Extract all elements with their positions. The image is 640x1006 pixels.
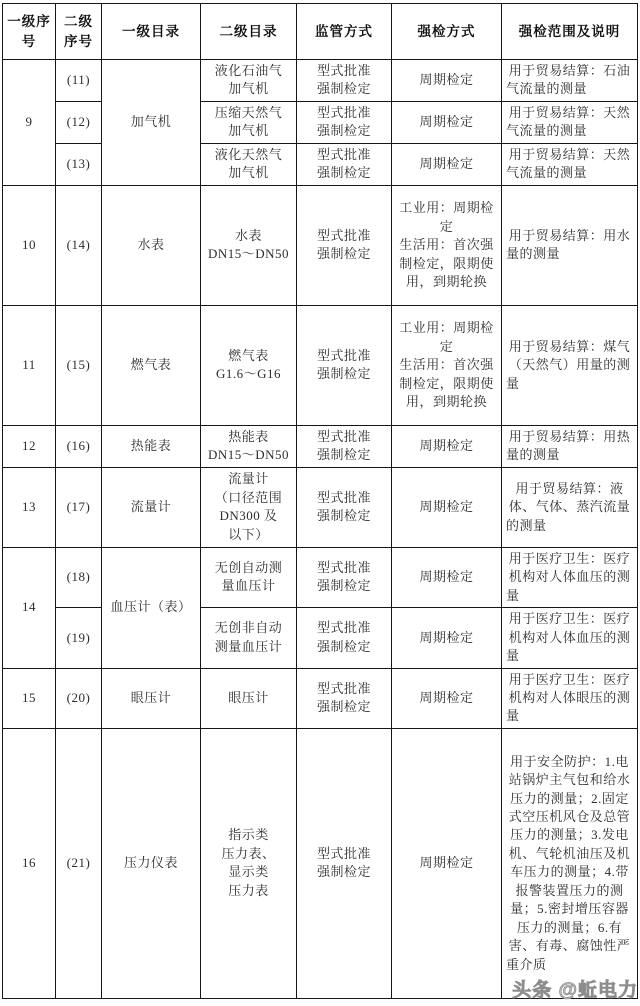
cell-scope: 用于贸易结算：煤气（天然气）用量的测量 bbox=[502, 305, 638, 425]
cell-level2-no: (18) bbox=[56, 547, 102, 607]
cell-level1-no: 10 bbox=[3, 185, 56, 305]
page: 一级序号 二级序号 一级目录 二级目录 监管方式 强检方式 强检范围及说明 9 … bbox=[0, 0, 640, 1006]
cell-level1-catalog: 流量计 bbox=[102, 467, 201, 547]
cell-regulation-mode: 型式批准 强制检定 bbox=[297, 143, 392, 185]
cell-level2-no: (16) bbox=[56, 425, 102, 467]
cell-scope: 用于医疗卫生：医疗机构对人体血压的测量 bbox=[502, 608, 638, 668]
cell-level2-catalog: 液化天然气 加气机 bbox=[201, 143, 297, 185]
cell-scope: 用于贸易结算：用热量的测量 bbox=[502, 425, 638, 467]
cell-verification-mode: 周期检定 bbox=[392, 547, 502, 607]
cell-scope: 用于贸易结算：石油气流量的测量 bbox=[502, 60, 638, 102]
table-row: 12 (16) 热能表 热能表 DN15～DN50 型式批准 强制检定 周期检定… bbox=[3, 425, 638, 467]
cell-level2-catalog: 热能表 DN15～DN50 bbox=[201, 425, 297, 467]
table-row: (19) 无创非自动 测量血压计 型式批准 强制检定 周期检定 用于医疗卫生：医… bbox=[3, 608, 638, 668]
header-verification-mode: 强检方式 bbox=[392, 4, 502, 60]
cell-verification-mode: 周期检定 bbox=[392, 668, 502, 728]
cell-regulation-mode: 型式批准 强制检定 bbox=[297, 728, 392, 998]
table-row: 16 (21) 压力仪表 指示类 压力表、 显示类 压力表 型式批准 强制检定 … bbox=[3, 728, 638, 998]
cell-verification-mode: 工业用：周期检定 生活用：首次强制检定，限期使用，到期轮换 bbox=[392, 305, 502, 425]
header-scope: 强检范围及说明 bbox=[502, 4, 638, 60]
cell-level1-no: 15 bbox=[3, 668, 56, 728]
cell-regulation-mode: 型式批准 强制检定 bbox=[297, 305, 392, 425]
cell-verification-mode: 周期检定 bbox=[392, 101, 502, 143]
cell-level1-catalog: 燃气表 bbox=[102, 305, 201, 425]
cell-level2-catalog: 指示类 压力表、 显示类 压力表 bbox=[201, 728, 297, 998]
table-row: (13) 液化天然气 加气机 型式批准 强制检定 周期检定 用于贸易结算：天然气… bbox=[3, 143, 638, 185]
cell-level2-no: (19) bbox=[56, 608, 102, 668]
cell-verification-mode: 周期检定 bbox=[392, 728, 502, 998]
cell-level2-no: (12) bbox=[56, 101, 102, 143]
cell-level1-no: 11 bbox=[3, 305, 56, 425]
cell-regulation-mode: 型式批准 强制检定 bbox=[297, 425, 392, 467]
cell-scope: 用于医疗卫生：医疗机构对人体血压的测量 bbox=[502, 547, 638, 607]
cell-level2-no: (14) bbox=[56, 185, 102, 305]
cell-level1-no: 14 bbox=[3, 547, 56, 668]
table-row: 11 (15) 燃气表 燃气表 G1.6～G16 型式批准 强制检定 工业用：周… bbox=[3, 305, 638, 425]
table-header-row: 一级序号 二级序号 一级目录 二级目录 监管方式 强检方式 强检范围及说明 bbox=[3, 4, 638, 60]
cell-level2-no: (15) bbox=[56, 305, 102, 425]
table-row: 9 (11) 加气机 液化石油气 加气机 型式批准 强制检定 周期检定 用于贸易… bbox=[3, 60, 638, 102]
table-row: (12) 压缩天然气 加气机 型式批准 强制检定 周期检定 用于贸易结算：天然气… bbox=[3, 101, 638, 143]
cell-level1-no: 12 bbox=[3, 425, 56, 467]
cell-level2-no: (11) bbox=[56, 60, 102, 102]
cell-regulation-mode: 型式批准 强制检定 bbox=[297, 467, 392, 547]
cell-level2-catalog: 眼压计 bbox=[201, 668, 297, 728]
header-level2-catalog: 二级目录 bbox=[201, 4, 297, 60]
cell-scope: 用于医疗卫生：医疗机构对人体眼压的测量 bbox=[502, 668, 638, 728]
table-row: 13 (17) 流量计 流量计 （口径范围 DN300 及 以下） 型式批准 强… bbox=[3, 467, 638, 547]
cell-level2-catalog: 压缩天然气 加气机 bbox=[201, 101, 297, 143]
cell-regulation-mode: 型式批准 强制检定 bbox=[297, 101, 392, 143]
cell-verification-mode: 周期检定 bbox=[392, 425, 502, 467]
cell-scope: 用于贸易结算：天然气流量的测量 bbox=[502, 101, 638, 143]
cell-level2-catalog: 无创自动测 量血压计 bbox=[201, 547, 297, 607]
cell-level2-catalog: 燃气表 G1.6～G16 bbox=[201, 305, 297, 425]
cell-level2-no: (17) bbox=[56, 467, 102, 547]
cell-level2-catalog: 无创非自动 测量血压计 bbox=[201, 608, 297, 668]
cell-regulation-mode: 型式批准 强制检定 bbox=[297, 608, 392, 668]
cell-level1-no: 16 bbox=[3, 728, 56, 998]
cell-scope: 用于贸易结算：天然气流量的测量 bbox=[502, 143, 638, 185]
cell-level2-no: (21) bbox=[56, 728, 102, 998]
cell-level1-catalog: 热能表 bbox=[102, 425, 201, 467]
header-level2-no: 二级序号 bbox=[56, 4, 102, 60]
cell-level1-catalog: 压力仪表 bbox=[102, 728, 201, 998]
cell-verification-mode: 周期检定 bbox=[392, 60, 502, 102]
cell-verification-mode: 周期检定 bbox=[392, 143, 502, 185]
cell-level1-catalog: 加气机 bbox=[102, 60, 201, 186]
cell-level1-no: 13 bbox=[3, 467, 56, 547]
cell-level2-catalog: 水表 DN15～DN50 bbox=[201, 185, 297, 305]
header-level1-no: 一级序号 bbox=[3, 4, 56, 60]
header-regulation-mode: 监管方式 bbox=[297, 4, 392, 60]
table-row: 10 (14) 水表 水表 DN15～DN50 型式批准 强制检定 工业用：周期… bbox=[3, 185, 638, 305]
header-level1-catalog: 一级目录 bbox=[102, 4, 201, 60]
cell-level2-no: (20) bbox=[56, 668, 102, 728]
cell-level1-catalog: 血压计（表） bbox=[102, 547, 201, 668]
cell-level1-no: 9 bbox=[3, 60, 56, 186]
cell-regulation-mode: 型式批准 强制检定 bbox=[297, 547, 392, 607]
table-row: 15 (20) 眼压计 眼压计 型式批准 强制检定 周期检定 用于医疗卫生：医疗… bbox=[3, 668, 638, 728]
cell-verification-mode: 工业用：周期检定 生活用：首次强制检定，限期使用，到期轮换 bbox=[392, 185, 502, 305]
toutiao-watermark: 头条 @蚯电力 bbox=[512, 975, 638, 1002]
cell-regulation-mode: 型式批准 强制检定 bbox=[297, 60, 392, 102]
cell-scope: 用于安全防护：1.电站锅炉主气包和给水压力的测量；2.固定式空压机风仓及总管压力… bbox=[502, 728, 638, 998]
cell-regulation-mode: 型式批准 强制检定 bbox=[297, 668, 392, 728]
cell-level2-no: (13) bbox=[56, 143, 102, 185]
cell-level2-catalog: 液化石油气 加气机 bbox=[201, 60, 297, 102]
table-row: 14 (18) 血压计（表） 无创自动测 量血压计 型式批准 强制检定 周期检定… bbox=[3, 547, 638, 607]
cell-verification-mode: 周期检定 bbox=[392, 608, 502, 668]
cell-scope: 用于贸易结算：液体、气体、蒸汽流量的测量 bbox=[502, 467, 638, 547]
cell-level1-catalog: 水表 bbox=[102, 185, 201, 305]
cell-level2-catalog: 流量计 （口径范围 DN300 及 以下） bbox=[201, 467, 297, 547]
cell-regulation-mode: 型式批准 强制检定 bbox=[297, 185, 392, 305]
cell-scope: 用于贸易结算：用水量的测量 bbox=[502, 185, 638, 305]
cell-level1-catalog: 眼压计 bbox=[102, 668, 201, 728]
compulsory-verification-table: 一级序号 二级序号 一级目录 二级目录 监管方式 强检方式 强检范围及说明 9 … bbox=[2, 3, 638, 999]
cell-verification-mode: 周期检定 bbox=[392, 467, 502, 547]
